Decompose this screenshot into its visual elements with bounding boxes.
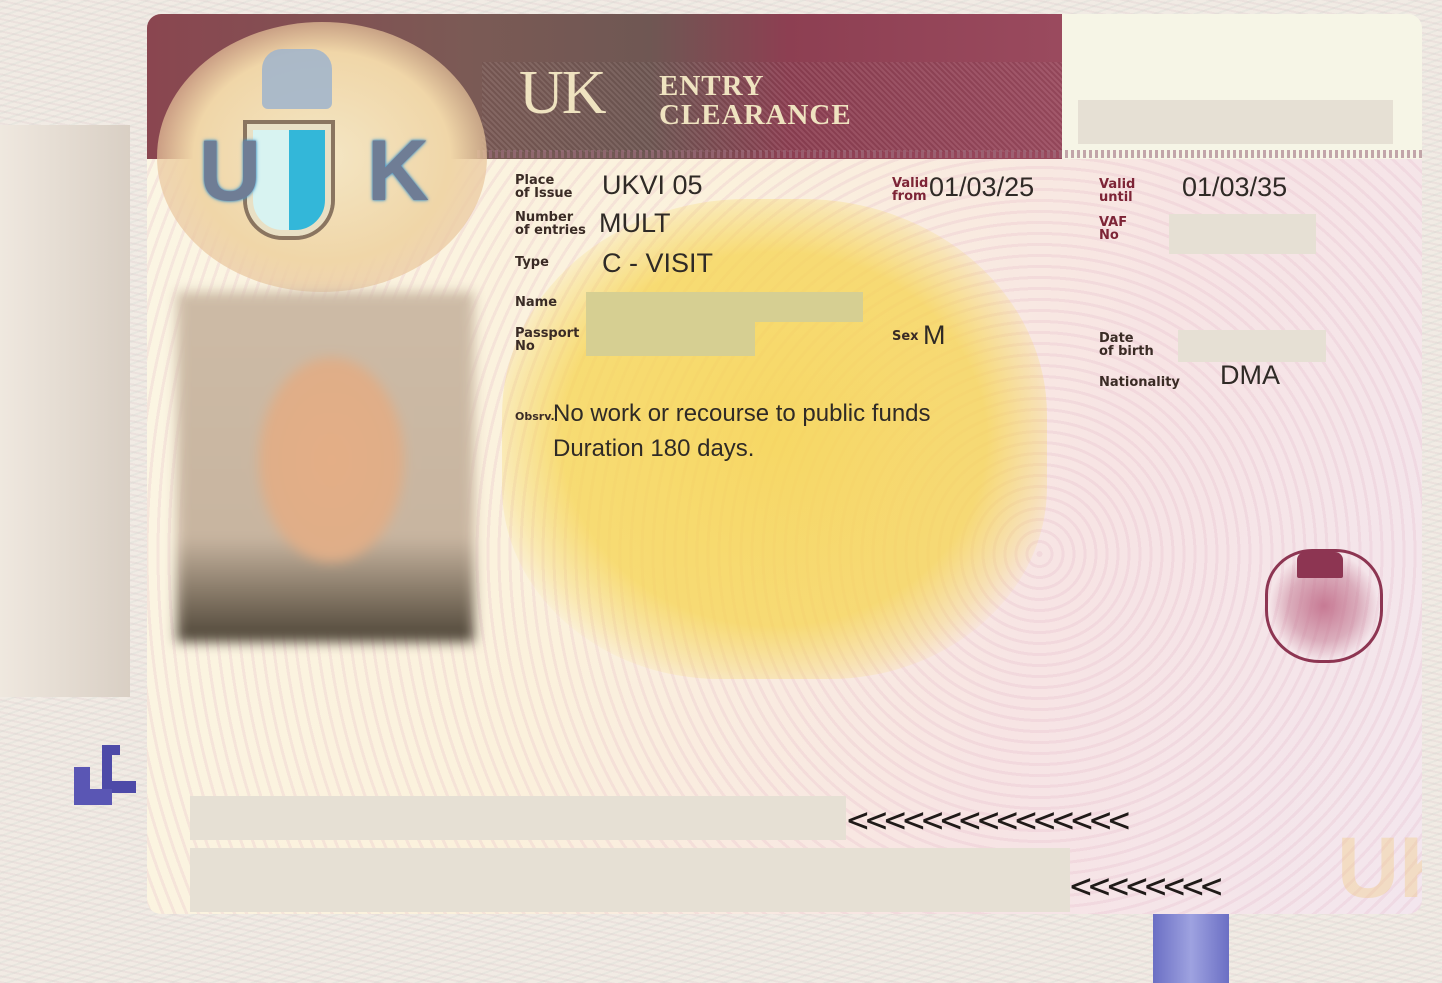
number-of-entries-label: Number of entries (515, 211, 586, 237)
title-line-2: CLEARANCE (659, 101, 852, 130)
sex-value: M (923, 320, 946, 351)
vaf-no-redacted (1169, 214, 1316, 254)
name-redacted (586, 292, 863, 322)
title-line-1: ENTRY (659, 72, 852, 101)
header-right-redacted (1078, 100, 1393, 144)
crown-icon (262, 49, 332, 109)
type-value: C - VISIT (602, 248, 713, 279)
uk-title: UK (519, 58, 605, 129)
date-of-birth-redacted (1178, 330, 1326, 362)
mrz-line-1-redacted (190, 796, 846, 840)
date-of-birth-label: Date of birth (1099, 332, 1154, 358)
passport-no-label: Passport No (515, 327, 579, 353)
security-feature-tab (1153, 914, 1229, 983)
sex-label: Sex (892, 330, 919, 343)
entry-clearance-title: ENTRY CLEARANCE (659, 72, 852, 130)
label-line: until (1099, 191, 1135, 204)
mrz-line-2-filler: <<<<<<<< (1070, 866, 1219, 907)
redacted-left-margin (0, 125, 130, 697)
header-border (477, 150, 1422, 158)
valid-until-value: 01/03/35 (1182, 172, 1287, 203)
place-of-issue-value: UKVI 05 (602, 170, 703, 201)
nationality-value: DMA (1220, 360, 1280, 391)
seal-crown-icon (1297, 552, 1343, 578)
label-line: No (1099, 229, 1127, 242)
label-line: of entries (515, 224, 586, 237)
type-label: Type (515, 256, 549, 269)
label-line: No (515, 340, 579, 353)
label-line: of Issue (515, 187, 573, 200)
valid-until-label: Valid until (1099, 178, 1135, 204)
mrz-line-2-redacted (190, 848, 1070, 912)
passport-no-redacted (586, 320, 755, 356)
place-of-issue-label: Place of Issue (515, 174, 573, 200)
valid-from-label: Valid from (892, 177, 928, 203)
vaf-no-label: VAF No (1099, 216, 1127, 242)
name-label: Name (515, 296, 557, 309)
ghost-logo-icon (72, 737, 140, 809)
observations-line-2: Duration 180 days. (553, 435, 754, 463)
label-line: of birth (1099, 345, 1154, 358)
holder-photo (177, 292, 474, 642)
emblem-letter-u: U (199, 122, 261, 221)
visa-sticker: UK ENTRY CLEARANCE U K Place of Issue UK… (147, 14, 1422, 914)
valid-from-value: 01/03/25 (929, 172, 1034, 203)
uk-watermark: UK (1337, 819, 1422, 914)
label-line: from (892, 190, 928, 203)
emblem-letter-k: K (367, 122, 429, 221)
observations-label: Obsrv. (515, 410, 555, 423)
nationality-label: Nationality (1099, 376, 1180, 389)
observations-line-1: No work or recourse to public funds (553, 400, 931, 428)
number-of-entries-value: MULT (599, 208, 671, 239)
mrz-line-1-filler: <<<<<<<<<<<<<<< (847, 800, 1127, 841)
